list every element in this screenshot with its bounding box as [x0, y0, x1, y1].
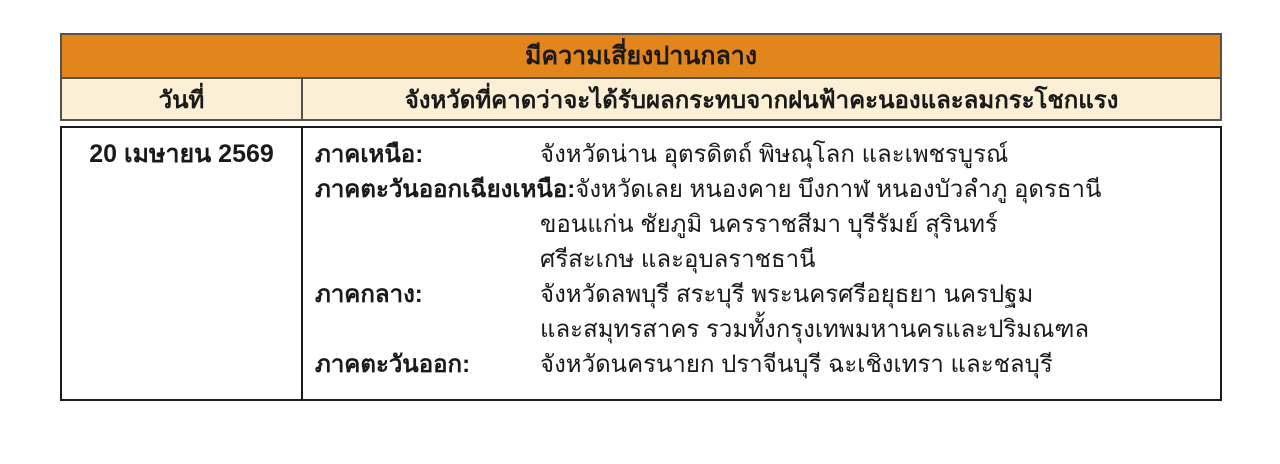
region-line-central: ภาคกลาง: จังหวัดลพบุรี สระบุรี พระนครศรี…: [315, 277, 1212, 312]
region-line-east: ภาคตะวันออก: จังหวัดนครนายก ปราจีนบุรี ฉ…: [315, 347, 1212, 382]
region-line-northeast-cont: ขอนแก่น ชัยภูมิ นครราชสีมา บุรีรัมย์ สุร…: [315, 207, 1212, 242]
date-value: 20 เมษายน 2569: [62, 128, 303, 399]
region-line-north: ภาคเหนือ: จังหวัดน่าน อุตรดิตถ์ พิษณุโลก…: [315, 137, 1212, 172]
region-line-central-cont: และสมุทรสาคร รวมทั้งกรุงเทพมหานครและปริม…: [315, 312, 1212, 347]
region-line-northeast: ภาคตะวันออกเฉียงเหนือ: จังหวัดเลย หนองคา…: [315, 172, 1212, 207]
region-label-empty: [315, 207, 540, 242]
region-label: ภาคเหนือ:: [315, 137, 540, 172]
region-provinces: จังหวัดลพบุรี สระบุรี พระนครศรีอยุธยา นค…: [540, 277, 1212, 312]
region-label: ภาคตะวันออก:: [315, 347, 540, 382]
region-provinces: จังหวัดน่าน อุตรดิตถ์ พิษณุโลก และเพชรบู…: [540, 137, 1212, 172]
region-label-empty: [315, 312, 540, 347]
region-label: ภาคตะวันออกเฉียงเหนือ:: [315, 172, 575, 207]
column-header-provinces: จังหวัดที่คาดว่าจะได้รับผลกระทบจากฝนฟ้าค…: [303, 79, 1220, 119]
weather-risk-table: มีความเสี่ยงปานกลาง วันที่ จังหวัดที่คาด…: [60, 33, 1222, 401]
region-label: ภาคกลาง:: [315, 277, 540, 312]
regions-cell: ภาคเหนือ: จังหวัดน่าน อุตรดิตถ์ พิษณุโลก…: [303, 128, 1220, 399]
region-provinces: จังหวัดเลย หนองคาย บึงกาฬ หนองบัวลำภู อุ…: [575, 172, 1212, 207]
region-provinces: ศรีสะเกษ และอุบลราชธานี: [540, 242, 1212, 277]
risk-level-banner: มีความเสี่ยงปานกลาง: [62, 35, 1220, 77]
risk-table-header: มีความเสี่ยงปานกลาง วันที่ จังหวัดที่คาด…: [60, 33, 1222, 121]
column-header-date: วันที่: [62, 79, 303, 119]
region-line-northeast-cont: ศรีสะเกษ และอุบลราชธานี: [315, 242, 1212, 277]
region-provinces: และสมุทรสาคร รวมทั้งกรุงเทพมหานครและปริม…: [540, 312, 1212, 347]
risk-table-body: 20 เมษายน 2569 ภาคเหนือ: จังหวัดน่าน อุต…: [60, 126, 1222, 401]
region-provinces: ขอนแก่น ชัยภูมิ นครราชสีมา บุรีรัมย์ สุร…: [540, 207, 1212, 242]
region-provinces: จังหวัดนครนายก ปราจีนบุรี ฉะเชิงเทรา และ…: [540, 347, 1212, 382]
region-label-empty: [315, 242, 540, 277]
column-header-row: วันที่ จังหวัดที่คาดว่าจะได้รับผลกระทบจา…: [62, 77, 1220, 119]
